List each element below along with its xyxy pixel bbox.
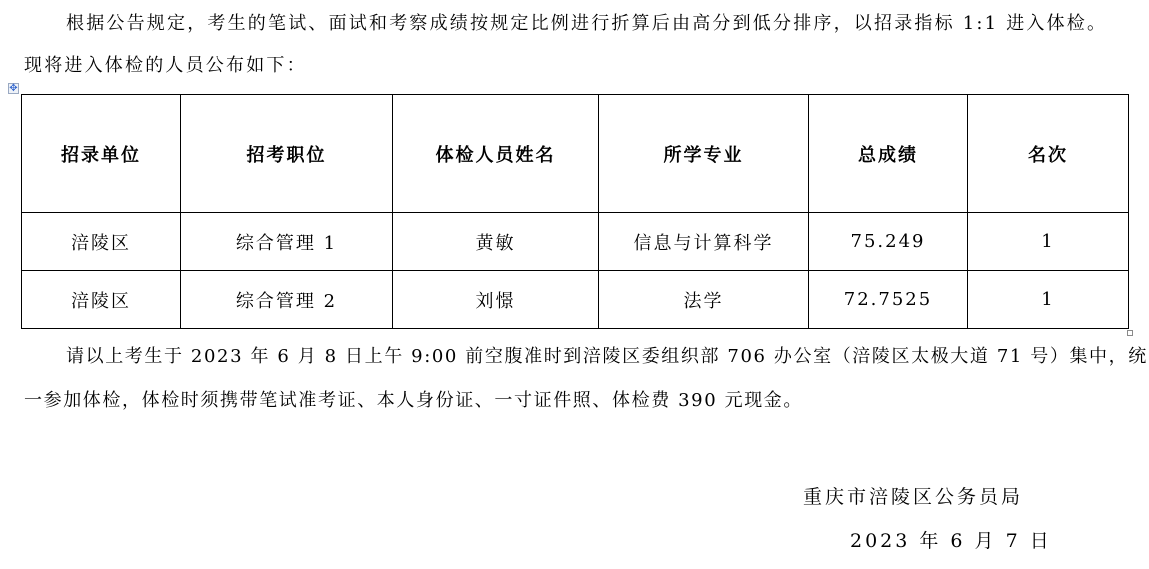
- table-row: 涪陵区 综合管理 1 黄敏 信息与计算科学 75.249 1: [22, 213, 1129, 271]
- cell-rank: 1: [968, 213, 1129, 271]
- header-major: 所学专业: [599, 95, 809, 213]
- intro-paragraph-line2: 现将进入体检的人员公布如下：: [24, 46, 1134, 86]
- cell-candidate-name: 刘憬: [393, 271, 599, 329]
- cell-rank: 1: [968, 271, 1129, 329]
- signature-organization: 重庆市涪陵区公务员局: [803, 482, 1023, 509]
- cell-major: 法学: [599, 271, 809, 329]
- cell-candidate-name: 黄敏: [393, 213, 599, 271]
- notice-paragraph-line2: 一参加体检，体检时须携带笔试准考证、本人身份证、一寸证件照、体检费 390 元现…: [24, 381, 1134, 421]
- cell-position: 综合管理 1: [181, 213, 393, 271]
- header-rank: 名次: [968, 95, 1129, 213]
- header-position: 招考职位: [181, 95, 393, 213]
- header-recruiting-unit: 招录单位: [22, 95, 181, 213]
- table-move-handle-icon[interactable]: ✥: [8, 83, 19, 94]
- table-resize-handle[interactable]: [1127, 330, 1133, 336]
- intro-paragraph-line1: 根据公告规定，考生的笔试、面试和考察成绩按规定比例进行折算后由高分到低分排序，以…: [24, 4, 1149, 44]
- cell-position: 综合管理 2: [181, 271, 393, 329]
- notice-paragraph-line1: 请以上考生于 2023 年 6 月 8 日上午 9:00 前空腹准时到涪陵区委组…: [24, 337, 1149, 377]
- cell-recruiting-unit: 涪陵区: [22, 213, 181, 271]
- signature-date: 2023 年 6 月 7 日: [850, 526, 1052, 553]
- table-header-row: 招录单位 招考职位 体检人员姓名 所学专业 总成绩 名次: [22, 95, 1129, 213]
- cell-recruiting-unit: 涪陵区: [22, 271, 181, 329]
- cell-major: 信息与计算科学: [599, 213, 809, 271]
- cell-total-score: 75.249: [809, 213, 968, 271]
- header-candidate-name: 体检人员姓名: [393, 95, 599, 213]
- table-row: 涪陵区 综合管理 2 刘憬 法学 72.7525 1: [22, 271, 1129, 329]
- medical-exam-candidates-table: 招录单位 招考职位 体检人员姓名 所学专业 总成绩 名次 涪陵区 综合管理 1 …: [21, 94, 1129, 329]
- cell-total-score: 72.7525: [809, 271, 968, 329]
- header-total-score: 总成绩: [809, 95, 968, 213]
